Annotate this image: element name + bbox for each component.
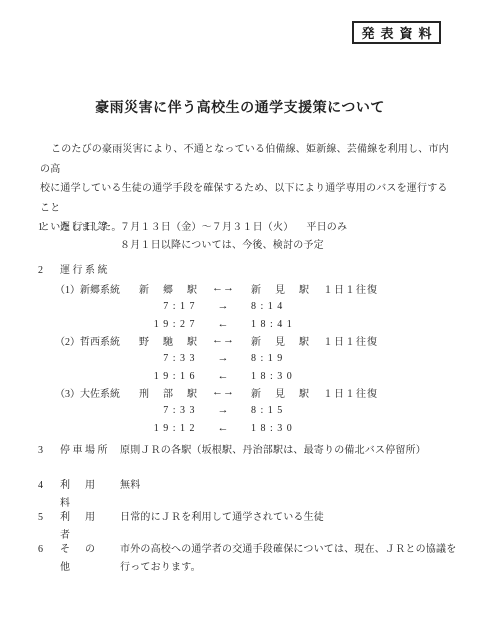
route-block-osa: （3）大佐系統 刑 部 駅 ←→ 新 見 駅 １日１往復 7:33 → 8:15…: [55, 383, 455, 437]
route-name: 大佐系統: [80, 389, 120, 400]
route-name: 哲西系統: [80, 337, 120, 348]
operation-dates-followup: ８月１日以降については、今後、検討の予定: [120, 237, 458, 255]
section-other: 6 そ の 他 市外の高校への通学者の交通手段確保については、現在、ＪＲとの協議…: [38, 541, 458, 577]
intro-line-1: このたびの豪雨災害により、不通となっている伯備線、姫新線、芸備線を利用し、市内の…: [40, 140, 456, 179]
press-release-stamp-label: 発表資料: [361, 23, 437, 42]
left-arrow-icon: ←: [199, 422, 247, 434]
section-users: 5 利 用 者 日常的にＪＲを利用して通学されている生徒: [38, 509, 458, 545]
section-content: 無料: [120, 477, 458, 495]
route-header-row: （2）哲西系統 野 馳 駅 ←→ 新 見 駅 １日１往復: [55, 331, 455, 349]
frequency-label: １日１往復: [323, 385, 378, 400]
evening-arrival-time: 19:16: [137, 371, 199, 382]
press-release-stamp: 発表資料: [352, 21, 441, 44]
route-header-row: （1）新郷系統 新 郷 駅 ←→ 新 見 駅 １日１往復: [55, 279, 455, 297]
section-number: 3: [38, 442, 60, 460]
section-fare: 4 利 用 料 無料: [38, 477, 458, 513]
section-title: 停車場所: [60, 442, 120, 460]
frequency-label: １日１往復: [323, 333, 378, 348]
other-line-1: 市外の高校への通学者の交通手段確保については、現在、ＪＲとの協議を: [120, 541, 458, 559]
evening-departure-time: 18:41: [247, 319, 311, 330]
section-title: そ の 他: [60, 541, 120, 577]
intro-line-2: 校に通学している生徒の通学手段を確保するため、以下により通学専用のバスを運行する…: [40, 179, 456, 218]
morning-times-row: 7:17 → 8:14: [55, 297, 455, 315]
route-header-row: （3）大佐系統 刑 部 駅 ←→ 新 見 駅 １日１往復: [55, 383, 455, 401]
document-page: 発表資料 豪雨災害に伴う高校生の通学支援策について このたびの豪雨災害により、不…: [0, 0, 480, 640]
morning-times-row: 7:33 → 8:15: [55, 401, 455, 419]
section-content: 市外の高校への通学者の交通手段確保については、現在、ＪＲとの協議を 行っておりま…: [120, 541, 458, 577]
section-content: 原則ＪＲの各駅（坂根駅、丹治部駅は、最寄りの備北バス停留所）: [120, 442, 458, 460]
route-block-tessei: （2）哲西系統 野 馳 駅 ←→ 新 見 駅 １日１往復 7:33 → 8:19…: [55, 331, 455, 385]
section-title: 利 用 料: [60, 477, 120, 513]
section-stops: 3 停車場所 原則ＪＲの各駅（坂根駅、丹治部駅は、最寄りの備北バス停留所）: [38, 442, 458, 460]
other-line-2: 行っております。: [120, 559, 458, 577]
left-right-arrow-icon: ←→: [199, 386, 247, 398]
section-operation-dates: 1 運行日等 ７月１３日（金）～７月３１日（火）平日のみ ８月１日以降については…: [38, 219, 458, 255]
section-number: 6: [38, 541, 60, 559]
morning-arrival-time: 8:15: [247, 405, 311, 416]
right-arrow-icon: →: [199, 352, 247, 364]
weekdays-only-note: 平日のみ: [306, 222, 347, 233]
section-number: 4: [38, 477, 60, 495]
morning-departure-time: 7:17: [137, 301, 199, 312]
morning-times-row: 7:33 → 8:19: [55, 349, 455, 367]
section-title: 利 用 者: [60, 509, 120, 545]
section-number: 1: [38, 219, 60, 237]
evening-arrival-time: 19:12: [137, 423, 199, 434]
section-content: 日常的にＪＲを利用して通学されている生徒: [120, 509, 458, 527]
section-routes: 2 運行系統: [38, 262, 458, 280]
section-title: 運行系統: [60, 262, 120, 280]
left-right-arrow-icon: ←→: [199, 334, 247, 346]
morning-arrival-time: 8:14: [247, 301, 311, 312]
evening-departure-time: 18:30: [247, 423, 311, 434]
station-a-name: 新 郷 駅: [137, 281, 199, 296]
station-b-name: 新 見 駅: [247, 333, 311, 348]
left-arrow-icon: ←: [199, 318, 247, 330]
route-number: （1）: [55, 285, 80, 296]
route-name: 新郷系統: [80, 285, 120, 296]
left-arrow-icon: ←: [199, 370, 247, 382]
section-title: 運行日等: [60, 219, 120, 237]
section-content: ７月１３日（金）～７月３１日（火）平日のみ ８月１日以降については、今後、検討の…: [120, 219, 458, 255]
right-arrow-icon: →: [199, 404, 247, 416]
frequency-label: １日１往復: [323, 281, 378, 296]
route-block-shingo: （1）新郷系統 新 郷 駅 ←→ 新 見 駅 １日１往復 7:17 → 8:14…: [55, 279, 455, 333]
evening-times-row: 19:12 ← 18:30: [55, 419, 455, 437]
operation-date-range: ７月１３日（金）～７月３１日（火）: [120, 222, 293, 233]
route-number: （3）: [55, 389, 80, 400]
station-b-name: 新 見 駅: [247, 385, 311, 400]
morning-arrival-time: 8:19: [247, 353, 311, 364]
route-number: （2）: [55, 337, 80, 348]
evening-departure-time: 18:30: [247, 371, 311, 382]
station-b-name: 新 見 駅: [247, 281, 311, 296]
section-number: 2: [38, 262, 60, 280]
right-arrow-icon: →: [199, 300, 247, 312]
left-right-arrow-icon: ←→: [199, 282, 247, 294]
morning-departure-time: 7:33: [137, 353, 199, 364]
document-title: 豪雨災害に伴う高校生の通学支援策について: [0, 97, 480, 117]
station-a-name: 野 馳 駅: [137, 333, 199, 348]
morning-departure-time: 7:33: [137, 405, 199, 416]
station-a-name: 刑 部 駅: [137, 385, 199, 400]
evening-arrival-time: 19:27: [137, 319, 199, 330]
section-number: 5: [38, 509, 60, 527]
